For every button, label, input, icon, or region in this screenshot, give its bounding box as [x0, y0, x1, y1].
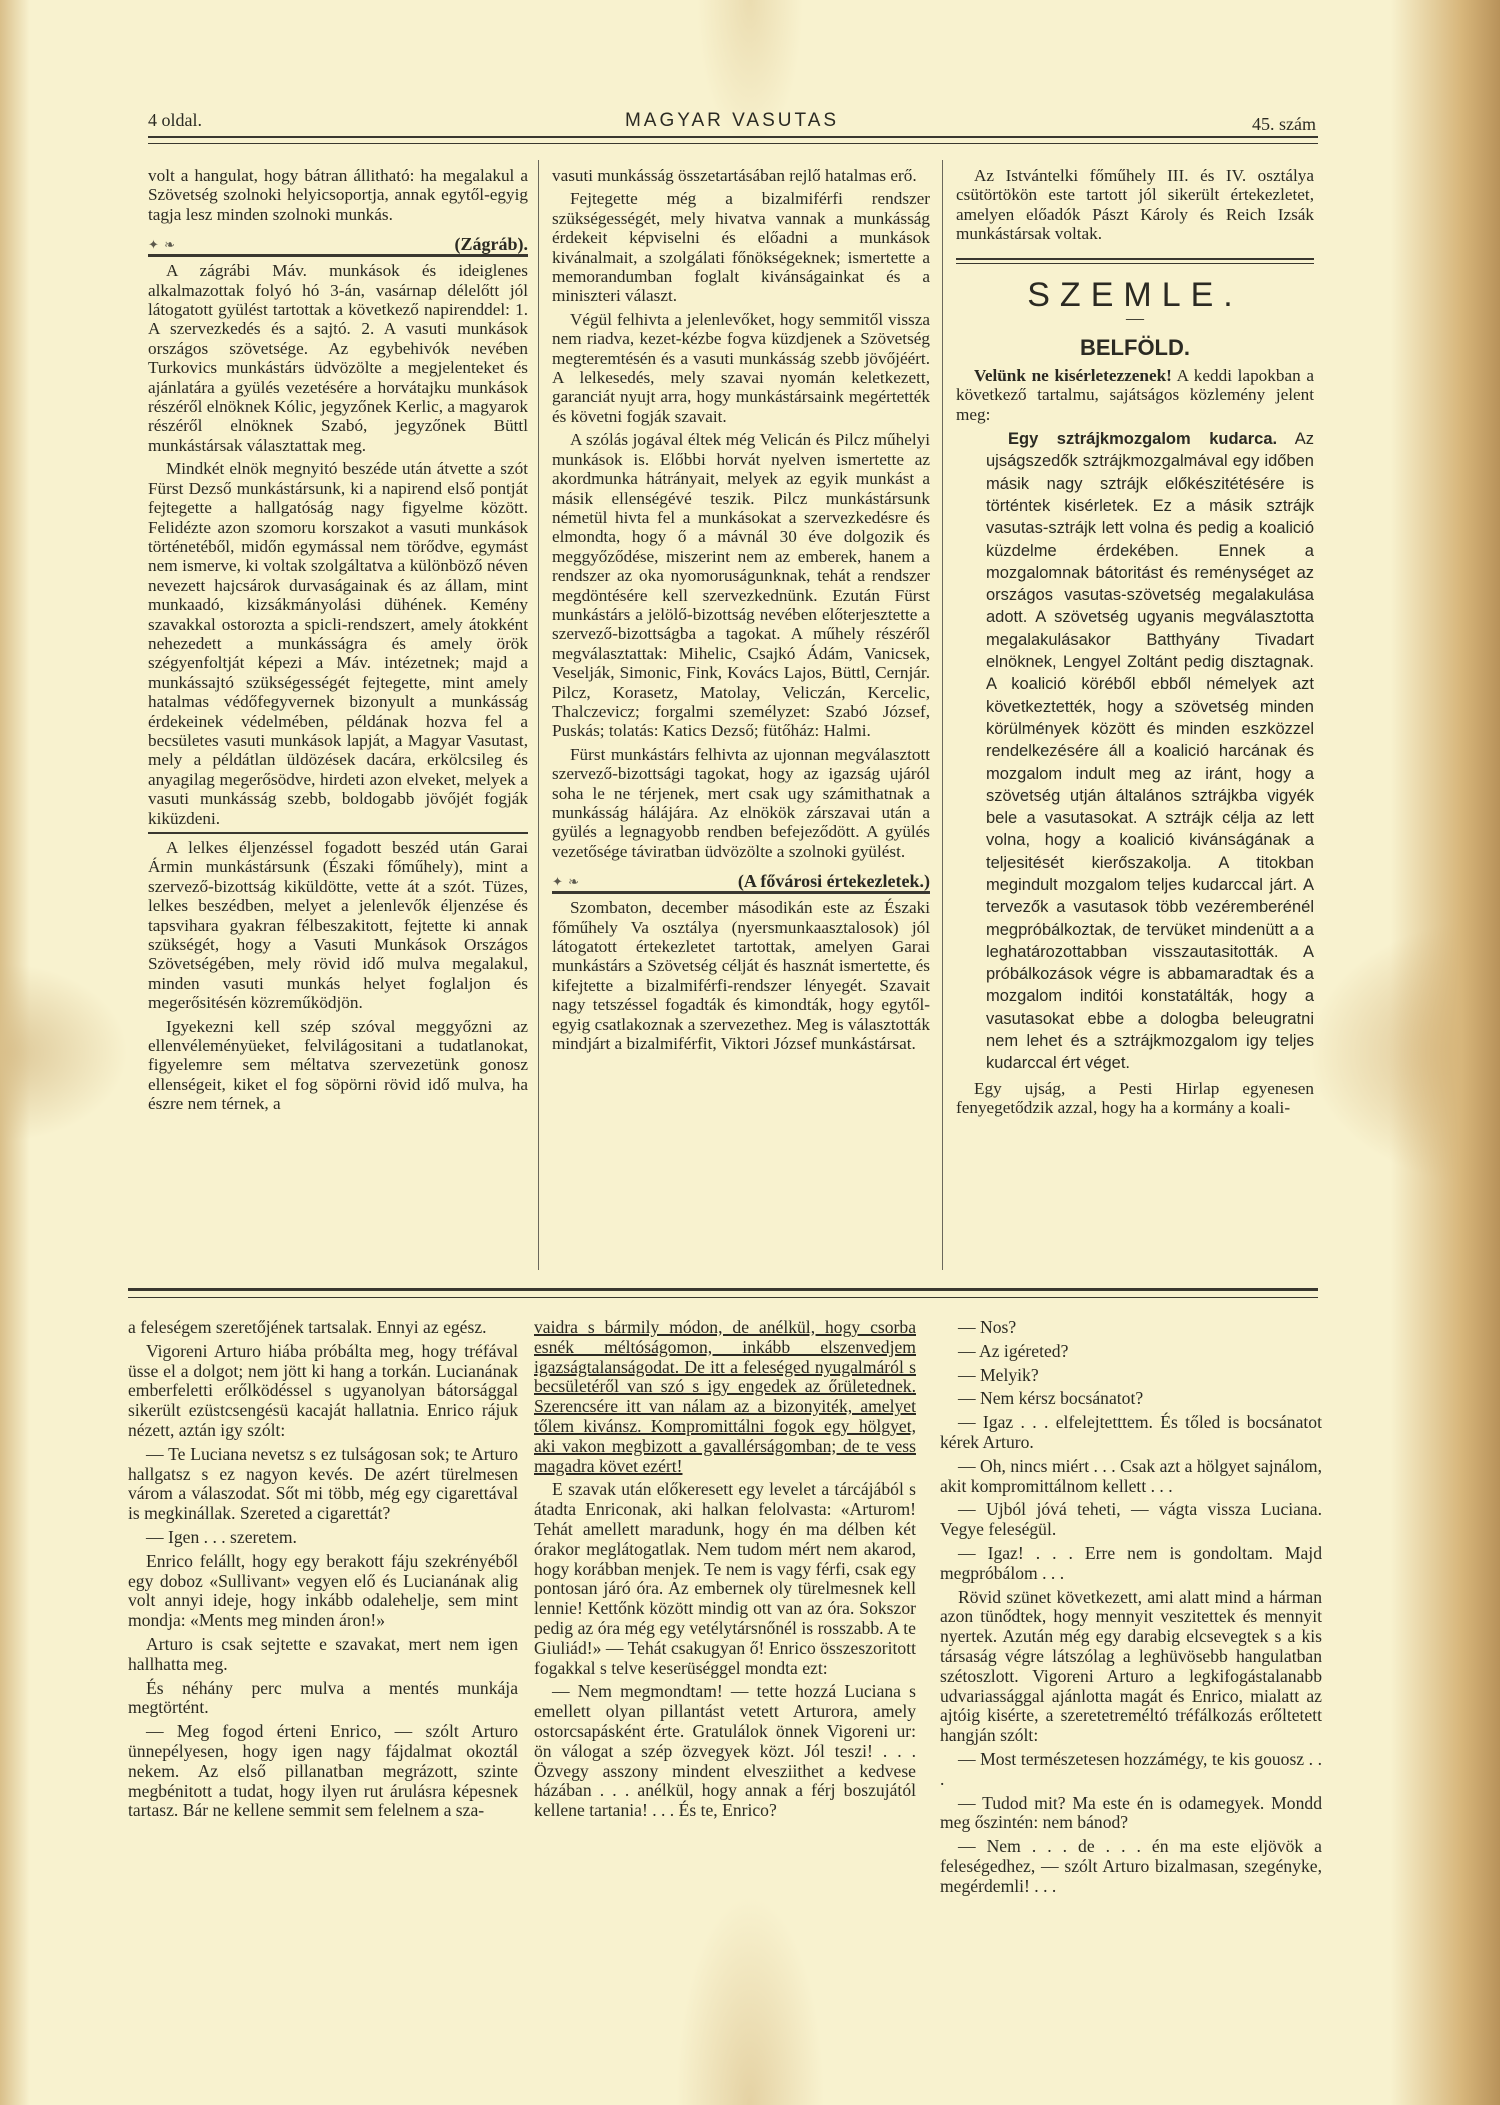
- story-paragraph: — Te Luciana nevetsz s ez tulságosan sok…: [128, 1445, 518, 1524]
- story-paragraph: E szavak után előkeresett egy levelet a …: [534, 1480, 916, 1678]
- dialogue-line: — Nos?: [940, 1318, 1322, 1338]
- story-paragraph: Rövid szünet következett, ami alatt mind…: [940, 1588, 1322, 1746]
- dialogue-line: — Igaz! . . . Erre nem is gondoltam. Maj…: [940, 1544, 1322, 1584]
- article-paragraph: A zágrábi Máv. munkások és ideiglenes al…: [148, 261, 528, 455]
- section-header-zagreb: ✦ ❧ (Zágráb).: [148, 230, 528, 257]
- article-paragraph: Fürst munkástárs felhivta az ujonnan meg…: [552, 745, 930, 861]
- dialogue-line: — Nem kérsz bocsánatot?: [940, 1389, 1322, 1409]
- dialogue-line: — Az igéreted?: [940, 1342, 1322, 1362]
- story-paragraph: vaidra s bármily módon, de anélkül, hogy…: [534, 1318, 916, 1476]
- feuilleton-rule: [128, 1288, 1318, 1298]
- story-paragraph: És néhány perc mulva a mentés munkája me…: [128, 1679, 518, 1719]
- column-divider: [942, 160, 943, 1270]
- dialogue-line: — Oh, nincs miért . . . Csak azt a hölgy…: [940, 1457, 1322, 1497]
- story-paragraph: Arturo is csak sejtette e szavakat, mert…: [128, 1635, 518, 1675]
- header-rule: [148, 136, 1318, 144]
- heading-dash: —: [956, 309, 1314, 328]
- column-divider: [538, 160, 539, 1270]
- article-paragraph: A szólás jogával éltek még Velicán és Pi…: [552, 430, 930, 741]
- story-paragraph: — Nem megmondtam! — tette hozzá Luciana …: [534, 1682, 916, 1821]
- ornament-icon: ✦ ❧: [552, 872, 580, 891]
- article-paragraph: volt a hangulat, hogy bátran állitható: …: [148, 166, 528, 224]
- issue-number: 45. szám: [1252, 114, 1316, 135]
- column-1: volt a hangulat, hogy bátran állitható: …: [148, 166, 528, 1118]
- story-paragraph: — Igen . . . szeretem.: [128, 1528, 518, 1548]
- page-header: 4 oldal. MAGYAR VASUTAS 45. szám: [148, 108, 1316, 136]
- dialogue-line: — Most természetesen hozzámégy, te kis g…: [940, 1750, 1322, 1790]
- dialogue-line: — Nem . . . de . . . én ma este eljövök …: [940, 1837, 1322, 1896]
- article-paragraph: Igyekezni kell szép szóval meggyőzni az …: [148, 1017, 528, 1114]
- story-paragraph: Enrico felállt, hogy egy berakott fáju s…: [128, 1552, 518, 1631]
- feuilleton-column-2: vaidra s bármily módon, de anélkül, hogy…: [534, 1318, 916, 1825]
- story-paragraph: a feleségem szeretőjének tartsalak. Enny…: [128, 1318, 518, 1338]
- article-paragraph: Az Istvántelki főműhely III. és IV. oszt…: [956, 166, 1314, 244]
- dialogue-line: — Melyik?: [940, 1366, 1322, 1386]
- dialogue-line: — Tudod mit? Ma este én is odamegyek. Mo…: [940, 1794, 1322, 1834]
- article-paragraph: Mindkét elnök megnyitó beszéde után átve…: [148, 459, 528, 828]
- article-paragraph: Szombaton, december másodikán este az És…: [552, 898, 930, 1053]
- quote-body: Az ujságszedők sztrájkmozgalmával egy id…: [986, 430, 1314, 1072]
- feuilleton-column-3: — Nos? — Az igéreted? — Melyik? — Nem ké…: [940, 1318, 1322, 1901]
- quote-title: Egy sztrájkmozgalom kudarca.: [1008, 430, 1277, 448]
- article-lead: Velünk ne kisérletezzenek! A keddi lapok…: [956, 366, 1314, 424]
- belfold-heading: BELFÖLD.: [956, 338, 1314, 357]
- section-title: (Zágráb).: [455, 235, 529, 254]
- article-paragraph: Egy ujság, a Pesti Hirlap egyenesen feny…: [956, 1079, 1314, 1118]
- paper-edge-left: [0, 0, 30, 2105]
- dialogue-line: — Ujból jóvá teheti, — vágta vissza Luci…: [940, 1500, 1322, 1540]
- dialogue-line: — Igaz . . . elfelejtetttem. És tőled is…: [940, 1413, 1322, 1453]
- publication-title: MAGYAR VASUTAS: [148, 110, 1316, 132]
- article-paragraph: Fejtegette még a bizalmiférfi rendszer s…: [552, 189, 930, 305]
- section-title: (A fővárosi értekezletek.): [738, 872, 930, 891]
- column-2: vasuti munkásság összetartásában rejlő h…: [552, 166, 930, 1057]
- paper-edge-right: [1390, 0, 1500, 2105]
- szemle-heading: SZEMLE.: [956, 286, 1314, 305]
- paragraph-rule: [148, 832, 528, 834]
- quoted-article: Egy sztrájkmozgalom kudarca. Az ujságsze…: [986, 428, 1314, 1075]
- section-header-budapest: ✦ ❧ (A fővárosi értekezletek.): [552, 867, 930, 894]
- article-paragraph: Végül felhivta a jelenlevőket, hogy semm…: [552, 310, 930, 426]
- feuilleton-column-1: a feleségem szeretőjének tartsalak. Enny…: [128, 1318, 518, 1825]
- article-paragraph: A lelkes éljenzéssel fogadott beszéd utá…: [148, 838, 528, 1013]
- article-paragraph: vasuti munkásság összetartásában rejlő h…: [552, 166, 930, 185]
- section-rule: [956, 258, 1314, 264]
- ornament-icon: ✦ ❧: [148, 235, 176, 254]
- column-3: Az Istvántelki főműhely III. és IV. oszt…: [956, 166, 1314, 1121]
- story-paragraph: Vigoreni Arturo hiába próbálta meg, hogy…: [128, 1342, 518, 1441]
- article-lead-bold: Velünk ne kisérletezzenek!: [974, 366, 1172, 385]
- story-paragraph: — Meg fogod érteni Enrico, — szólt Artur…: [128, 1722, 518, 1821]
